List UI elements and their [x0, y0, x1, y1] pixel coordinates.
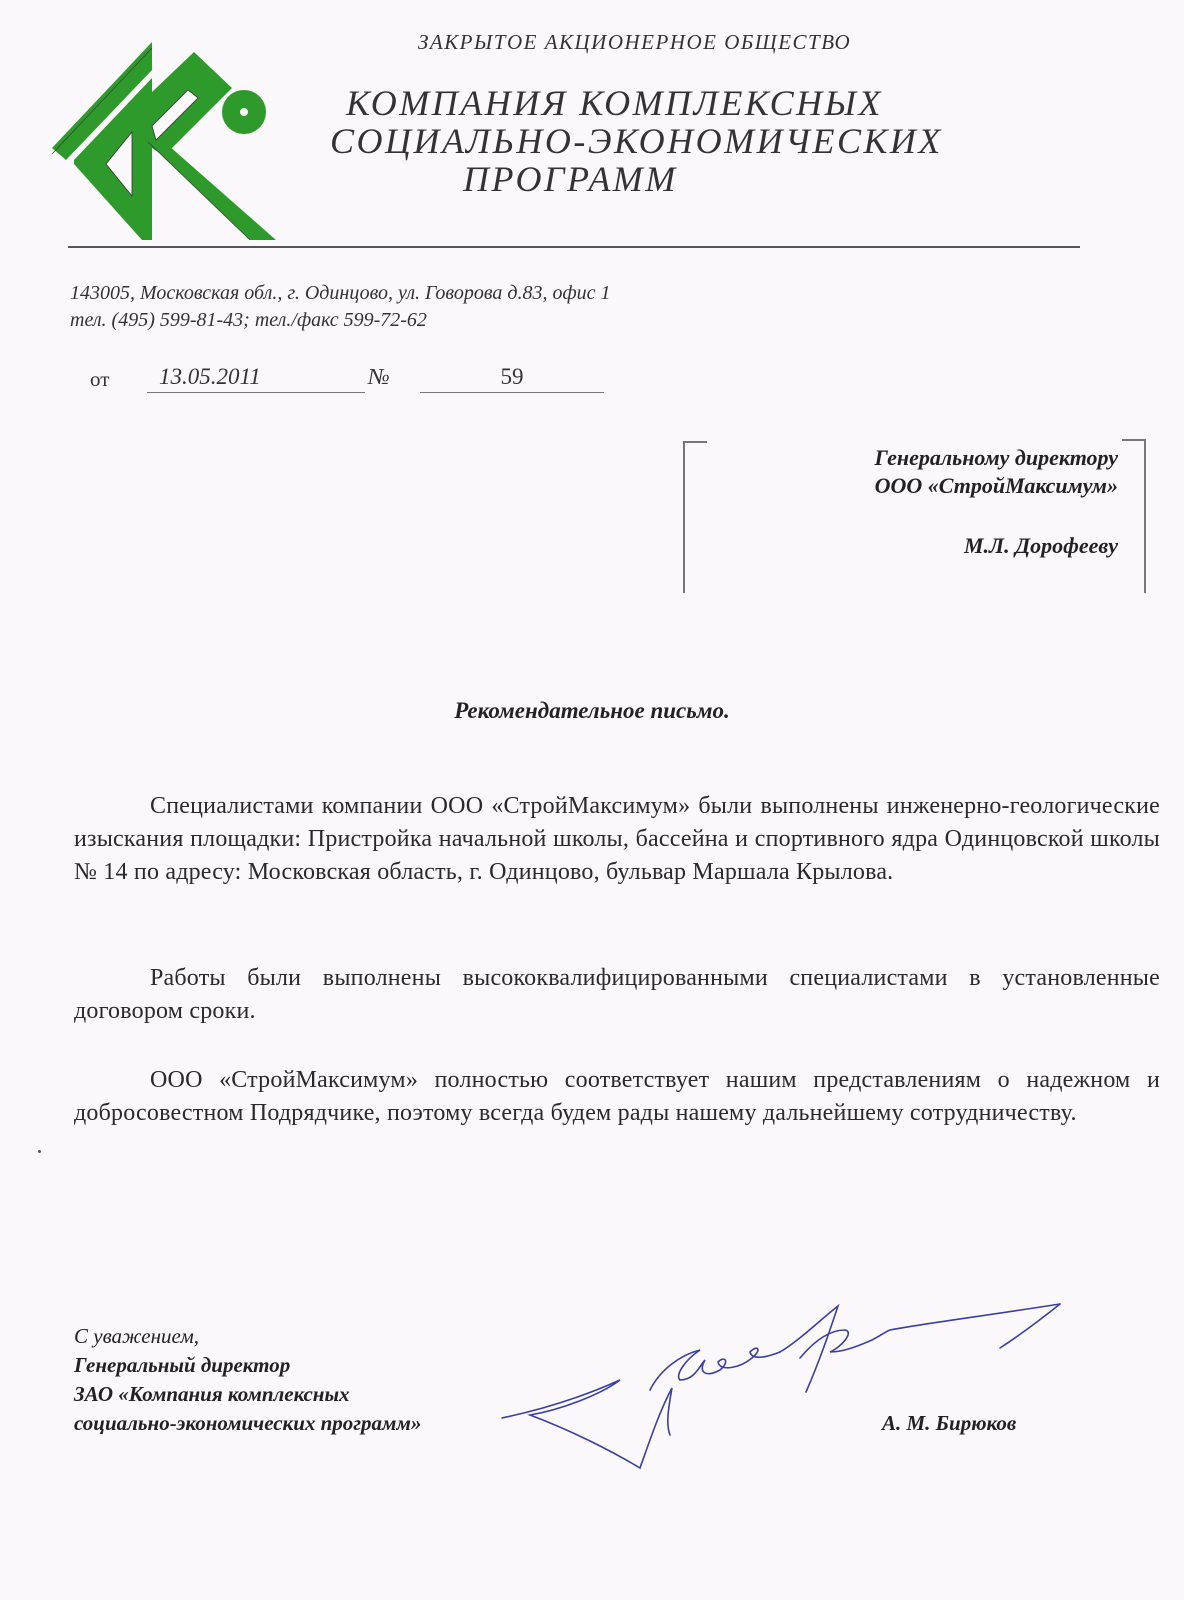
signoff-block: С уважением, Генеральный директор ЗАО «К…: [74, 1322, 421, 1438]
company-name: КОМПАНИЯ КОМПЛЕКСНЫХ СОЦИАЛЬНО-ЭКОНОМИЧЕ…: [330, 84, 943, 198]
body-paragraph-3: ООО «СтройМаксимум» полностью соответств…: [74, 1064, 1160, 1130]
recipient-company: ООО «СтройМаксимум»: [874, 472, 1118, 500]
signer-position: Генеральный директор: [74, 1351, 421, 1380]
ref-from-label: от: [90, 367, 109, 392]
signer-org-line-2: социально-экономических программ»: [74, 1409, 421, 1438]
ref-number-label: №: [368, 364, 390, 390]
org-type: ЗАКРЫТОЕ АКЦИОНЕРНОЕ ОБЩЕСТВО: [418, 30, 851, 55]
paragraph-text: Работы были выполнены высококвалифициров…: [74, 962, 1160, 1028]
header-divider: [68, 246, 1080, 248]
recipient-name: М.Л. Дорофееву: [874, 532, 1118, 560]
paragraph-text: ООО «СтройМаксимум» полностью соответств…: [74, 1064, 1160, 1130]
ref-date: 13.05.2011: [147, 364, 365, 393]
phone-line: тел. (495) 599-81-43; тел./факс 599-72-6…: [70, 307, 611, 334]
scan-speck: [38, 1150, 41, 1153]
body-paragraph-1: Специалистами компании ООО «СтройМаксиму…: [74, 790, 1160, 889]
signer-org-line-1: ЗАО «Компания комплексных: [74, 1380, 421, 1409]
company-name-line-1: КОМПАНИЯ КОМПЛЕКСНЫХ: [330, 84, 943, 122]
address-line: 143005, Московская обл., г. Одинцово, ул…: [70, 280, 611, 307]
recipient-bracket-left: [683, 441, 707, 593]
company-logo: [44, 30, 276, 242]
recipient-block: Генеральному директору ООО «СтройМаксиму…: [874, 444, 1118, 560]
company-address: 143005, Московская обл., г. Одинцово, ул…: [70, 280, 611, 334]
closing-greeting: С уважением,: [74, 1322, 421, 1351]
recipient-bracket-right: [1122, 439, 1146, 593]
company-name-line-2: СОЦИАЛЬНО-ЭКОНОМИЧЕСКИХ: [330, 122, 943, 160]
handwritten-signature: [500, 1300, 1080, 1500]
recipient-position: Генеральному директору: [874, 444, 1118, 472]
paragraph-text: Специалистами компании ООО «СтройМаксиму…: [74, 790, 1160, 889]
ref-number: 59: [420, 364, 604, 393]
body-paragraph-2: Работы были выполнены высококвалифициров…: [74, 962, 1160, 1028]
document-title: Рекомендательное письмо.: [0, 698, 1184, 724]
company-name-line-3: ПРОГРАММ: [330, 160, 943, 198]
signer-name: А. М. Бирюков: [882, 1411, 1016, 1436]
